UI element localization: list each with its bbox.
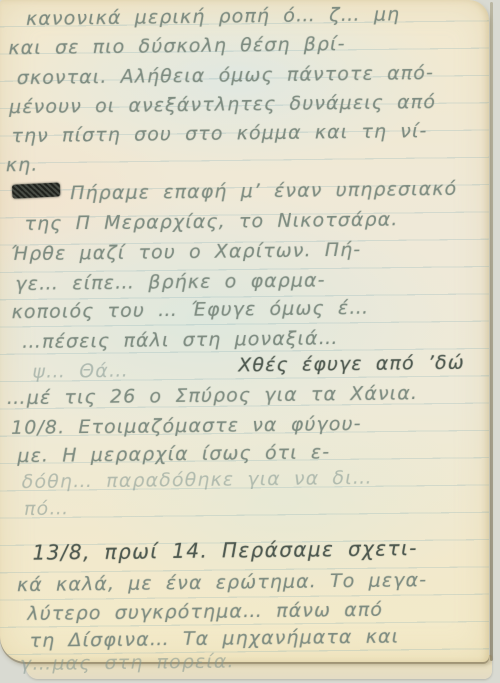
handwriting-line: κη. [6, 156, 39, 175]
handwriting-line: Πήραμε επαφή μ’ έναν υπηρεσιακό [70, 179, 457, 203]
handwriting-line: κά καλά, με ένα ερώτημα. Το μεγα- [17, 571, 427, 595]
handwriting-line: 10/8. Ετοιμαζόμαστε να φύγου- [11, 415, 362, 438]
handwriting-layer: κανονικά μερική ροπή ό… ζ… μη και σε πιο… [0, 0, 500, 683]
handwriting-line: λύτερο συγκρότημα… πάνω από [27, 600, 383, 623]
scribbled-out-word [12, 182, 61, 198]
handwriting-line: γ…μας στη πορεία. [20, 652, 235, 674]
handwriting-line: και σε πιο δύσκολη θέση βρί- [8, 35, 345, 58]
handwriting-line: την πίστη σου στο κόμμα και τη νί- [11, 122, 427, 146]
handwriting-line: δόθη… παραδόθηκε για να δι… [22, 469, 373, 492]
handwriting-line: …μέ τις 26 ο Σπύρος για τα Χάνια. [7, 384, 419, 408]
notebook-scan: κανονικά μερική ροπή ό… ζ… μη και σε πιο… [0, 0, 500, 683]
handwriting-line: με. Η μεραρχία ίσως ότι ε- [17, 443, 330, 466]
handwriting-line: πό… [24, 499, 70, 519]
handwriting-line: Ήρθε μαζί του ο Χαρίτων. Πή- [11, 241, 362, 264]
handwriting-line: τη Δίσφινα… Τα μηχανήματα και [30, 627, 400, 651]
handwriting-line: κανονικά μερική ροπή ό… ζ… μη [26, 5, 400, 29]
handwriting-line: της Π Μεραρχίας, το Νικοτσάρα. [24, 210, 398, 234]
handwriting-line: σκονται. Αλήθεια όμως πάντοτε από- [17, 64, 434, 88]
handwriting-line: …πέσεις πάλι στη μοναξιά… [22, 329, 339, 352]
handwriting-line: κοποιός του … Έφυγε όμως έ… [12, 299, 370, 322]
handwriting-line: μένουν οι ανεξάντλητες δυνάμεις από [9, 93, 436, 117]
handwriting-line: ψ… Θά… [32, 361, 129, 381]
handwriting-line: γε… είπε… βρήκε ο φαρμα- [15, 271, 326, 294]
handwriting-line: 13/8, πρωί 14. Περάσαμε σχετι- [32, 538, 417, 563]
handwriting-line: Χθές έφυγε από ’δώ [238, 353, 465, 375]
